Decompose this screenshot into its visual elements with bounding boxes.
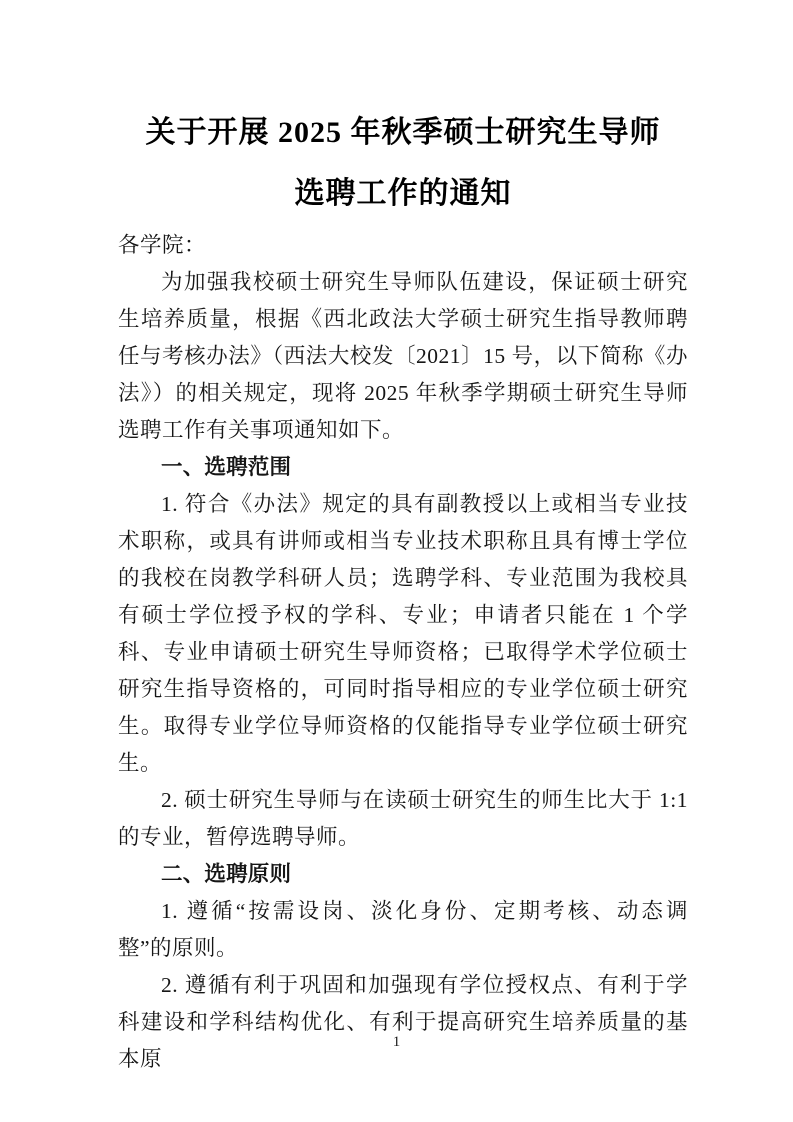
page-title-line-1: 关于开展 2025 年秋季硕士研究生导师: [118, 102, 688, 163]
page-title-line-2: 选聘工作的通知: [118, 163, 688, 224]
section-heading-1: 一、选聘范围: [118, 449, 688, 486]
document-paragraph: 2. 硕士研究生导师与在读硕士研究生的师生比大于 1:1 的专业，暂停选聘导师。: [118, 782, 688, 856]
document-page: 关于开展 2025 年秋季硕士研究生导师 选聘工作的通知 各学院： 为加强我校硕…: [0, 0, 793, 1122]
page-number: 1: [0, 1034, 793, 1051]
salutation: 各学院：: [118, 227, 688, 264]
document-paragraph: 1. 遵循“按需设岗、淡化身份、定期考核、动态调整”的原则。: [118, 893, 688, 967]
document-paragraph: 为加强我校硕士研究生导师队伍建设，保证硕士研究生培养质量，根据《西北政法大学硕士…: [118, 264, 688, 449]
page-title: 关于开展 2025 年秋季硕士研究生导师 选聘工作的通知: [118, 102, 688, 224]
document-paragraph: 1. 符合《办法》规定的具有副教授以上或相当专业技术职称，或具有讲师或相当专业技…: [118, 486, 688, 782]
section-heading-2: 二、选聘原则: [118, 856, 688, 893]
document-body: 各学院： 为加强我校硕士研究生导师队伍建设，保证硕士研究生培养质量，根据《西北政…: [118, 227, 688, 1078]
document-paragraph: 2. 遵循有利于巩固和加强现有学位授权点、有利于学科建设和学科结构优化、有利于提…: [118, 967, 688, 1078]
document-content: 关于开展 2025 年秋季硕士研究生导师 选聘工作的通知 各学院： 为加强我校硕…: [118, 102, 688, 1078]
